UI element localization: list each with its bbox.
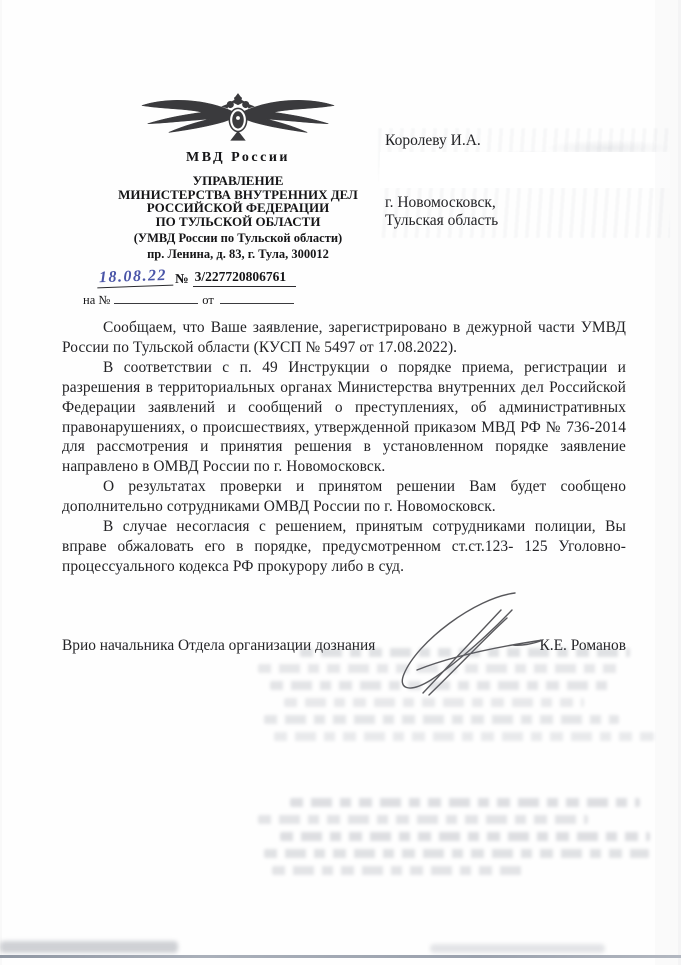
body-paragraph: Сообщаем, что Ваше заявление, зарегистри…	[62, 318, 626, 358]
letter-body: Сообщаем, что Ваше заявление, зарегистри…	[62, 318, 626, 577]
na-label: на №	[83, 293, 110, 307]
scan-bottom-edge	[0, 955, 681, 958]
reference-row: 18.08.22 № 3/227720806761	[55, 268, 421, 287]
org-name-line: УПРАВЛЕНИЕ	[55, 174, 421, 188]
letterhead: МВД России УПРАВЛЕНИЕ МИНИСТЕРСТВА ВНУТР…	[55, 93, 421, 308]
org-address: пр. Ленина, д. 83, г. Тула, 300012	[55, 247, 421, 262]
org-name-line: РОССИЙСКОЙ ФЕДЕРАЦИИ	[55, 201, 421, 215]
blank-date-line	[220, 291, 294, 304]
signer-name: К.Е. Романов	[540, 637, 626, 655]
org-name: УПРАВЛЕНИЕ МИНИСТЕРСТВА ВНУТРЕННИХ ДЕЛ Р…	[55, 174, 421, 228]
org-name-line: МИНИСТЕРСТВА ВНУТРЕННИХ ДЕЛ	[55, 188, 421, 202]
recipient-city: г. Новомосковск,	[385, 194, 498, 212]
blank-number-line	[114, 291, 198, 304]
scanned-letter-page: { "letterhead": { "ministry": "МВД Росси…	[0, 0, 681, 965]
mvd-eagle-emblem-icon	[133, 93, 343, 143]
recipient-name: Королеву И.А.	[385, 132, 498, 150]
incoming-reference-row: на №от	[55, 291, 421, 308]
scan-smudge	[0, 941, 178, 953]
recipient-region: Тульская область	[385, 212, 498, 230]
signer-title: Врио начальника Отдела организации дозна…	[62, 637, 375, 655]
ot-label: от	[202, 293, 214, 307]
body-paragraph: О результатах проверки и принятом решени…	[62, 477, 626, 517]
org-name-line: ПО ТУЛЬСКОЙ ОБЛАСТИ	[55, 215, 421, 229]
recipient-block: Королеву И.А. г. Новомосковск, Тульская …	[385, 132, 498, 230]
outgoing-number: 3/227720806761	[193, 269, 297, 287]
handwritten-date: 18.08.22	[97, 267, 174, 289]
org-short-name: (УМВД России по Тульской области)	[55, 231, 421, 246]
scan-smudge	[430, 944, 605, 953]
body-paragraph: В случае несогласия с решением, принятым…	[62, 517, 626, 577]
body-paragraph: В соответствии с п. 49 Инструкции о поря…	[62, 358, 626, 477]
number-sign: №	[175, 271, 189, 287]
signature-row: Врио начальника Отдела организации дозна…	[62, 637, 626, 655]
ministry-name: МВД России	[55, 150, 421, 166]
